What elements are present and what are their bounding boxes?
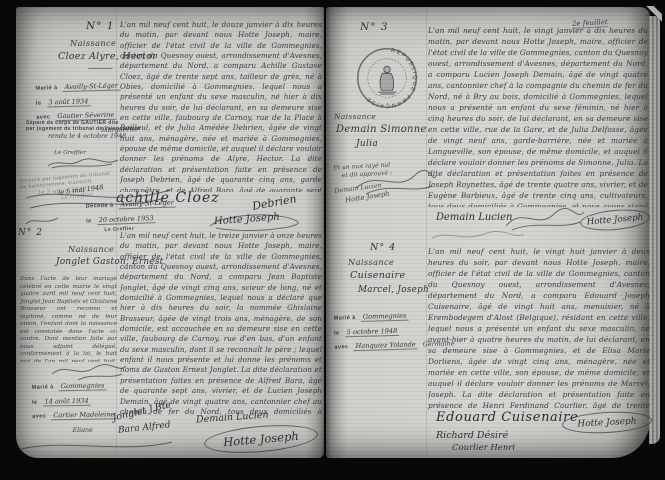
entry3-act-body: L'an mil neuf cent huit, le vingt janvie… <box>428 25 648 207</box>
entry2-marriage-mention-stamp: Marié à Gommegnies le 14 août 1934 avec … <box>32 377 117 435</box>
entry2-legitimation-note: Dans l'acte de leur mariage célébré en c… <box>20 276 117 362</box>
entry1-death-mention-stamp: Décédé à Availly-St-Léger le 20 octobre … <box>85 194 177 236</box>
entry3-child-name: Demain Simonne <box>336 124 427 135</box>
greffier-signature-squiggle <box>46 156 120 170</box>
stamp-spouse: Gautier Séverine <box>55 111 116 122</box>
officer-name: Hotte Joseph <box>223 429 300 450</box>
stamp-label: le <box>334 330 340 336</box>
right-margin-rule <box>426 10 427 454</box>
entry4-number: N° 4 <box>370 242 396 253</box>
entry3-extra-signature-squiggle <box>430 228 526 244</box>
entry4-marriage-mention-stamp: Marié à Gommegnies le 5 octobre 1948 ave… <box>333 306 454 353</box>
entry2-rubric: Naissance <box>68 244 114 254</box>
entry2-act-body: L'an mil neuf cent huit, le treize janvi… <box>120 231 322 415</box>
entry1-rubric: Naissance <box>70 38 116 48</box>
entry4-signature-father: Edouard Cuisenaire <box>436 410 578 425</box>
stamp-spouse2: Marguerite <box>101 125 138 134</box>
stamp-label: le <box>86 218 92 224</box>
entry2-number: N° 2 <box>18 228 43 238</box>
scanned-register-spread: N° 1 Naissance Cloez Alyre, Hector ——— M… <box>0 0 665 480</box>
entry4-rubric: Naissance <box>348 257 394 267</box>
republique-francaise-seal: RÉPUBLIQUE FRANÇAISE <box>354 45 420 111</box>
entry4-child-name2: Marcel, Joseph <box>358 285 429 295</box>
entry4-child-name: Cuisenaire <box>350 270 405 281</box>
stamp-spouse: Cartier Madeleine <box>51 410 116 420</box>
stamp-date: 20 octobre 1953 <box>97 214 156 225</box>
officer-name: Hotte Joseph <box>586 213 643 228</box>
entry4-signature-witness2: Courlier Henri <box>452 443 515 453</box>
stamp-spouse: Hanquiez Yolande <box>353 340 417 351</box>
stamp-place: Gommegnies <box>361 312 409 322</box>
signature-flourish-sweep <box>16 436 176 454</box>
entry1-dash: ——— <box>88 64 112 74</box>
stamp-label: avec <box>334 344 348 350</box>
stamp-label: le <box>32 399 38 405</box>
stamp-label: avec <box>32 413 46 419</box>
page-corner-number: 3 <box>646 9 651 18</box>
stamp-place: Gommegnies <box>59 381 107 391</box>
entry3-rubric: Naissance <box>334 112 376 121</box>
entry3-number: N° 3 <box>360 21 388 33</box>
stamp-place: Availly-St-Léger <box>63 82 121 92</box>
entry1-officer-paraph <box>206 212 302 232</box>
stamp-label: le <box>36 100 42 106</box>
officer-name: Hotte Joseph <box>577 416 637 429</box>
stamp-label: avec <box>36 114 50 120</box>
page-stack-edge <box>649 16 660 444</box>
entry4-signature-witness1: Richard Désiré <box>436 430 508 441</box>
stamp-spouse2: Eliane <box>72 425 93 433</box>
legitimation-signature-squiggle <box>48 360 128 382</box>
entry3-signature-father: Demain Lucien <box>436 212 512 223</box>
stamp-place: Availly-St-Léger <box>118 198 176 209</box>
entry3-child-name2: Julia <box>356 139 378 149</box>
entry1-number: N° 1 <box>86 20 114 32</box>
entry1-marriage-mention-stamp: Marié à Availly-St-Léger le 3 août 1934 … <box>35 76 168 136</box>
entry4-act-body: L'an mil neuf cent huit, le vingt huit j… <box>428 246 650 410</box>
margin-paraph-squiggle <box>24 214 60 228</box>
stamp-spouse2: Germaine <box>423 339 455 348</box>
correction-paraph-squiggle <box>352 168 438 198</box>
